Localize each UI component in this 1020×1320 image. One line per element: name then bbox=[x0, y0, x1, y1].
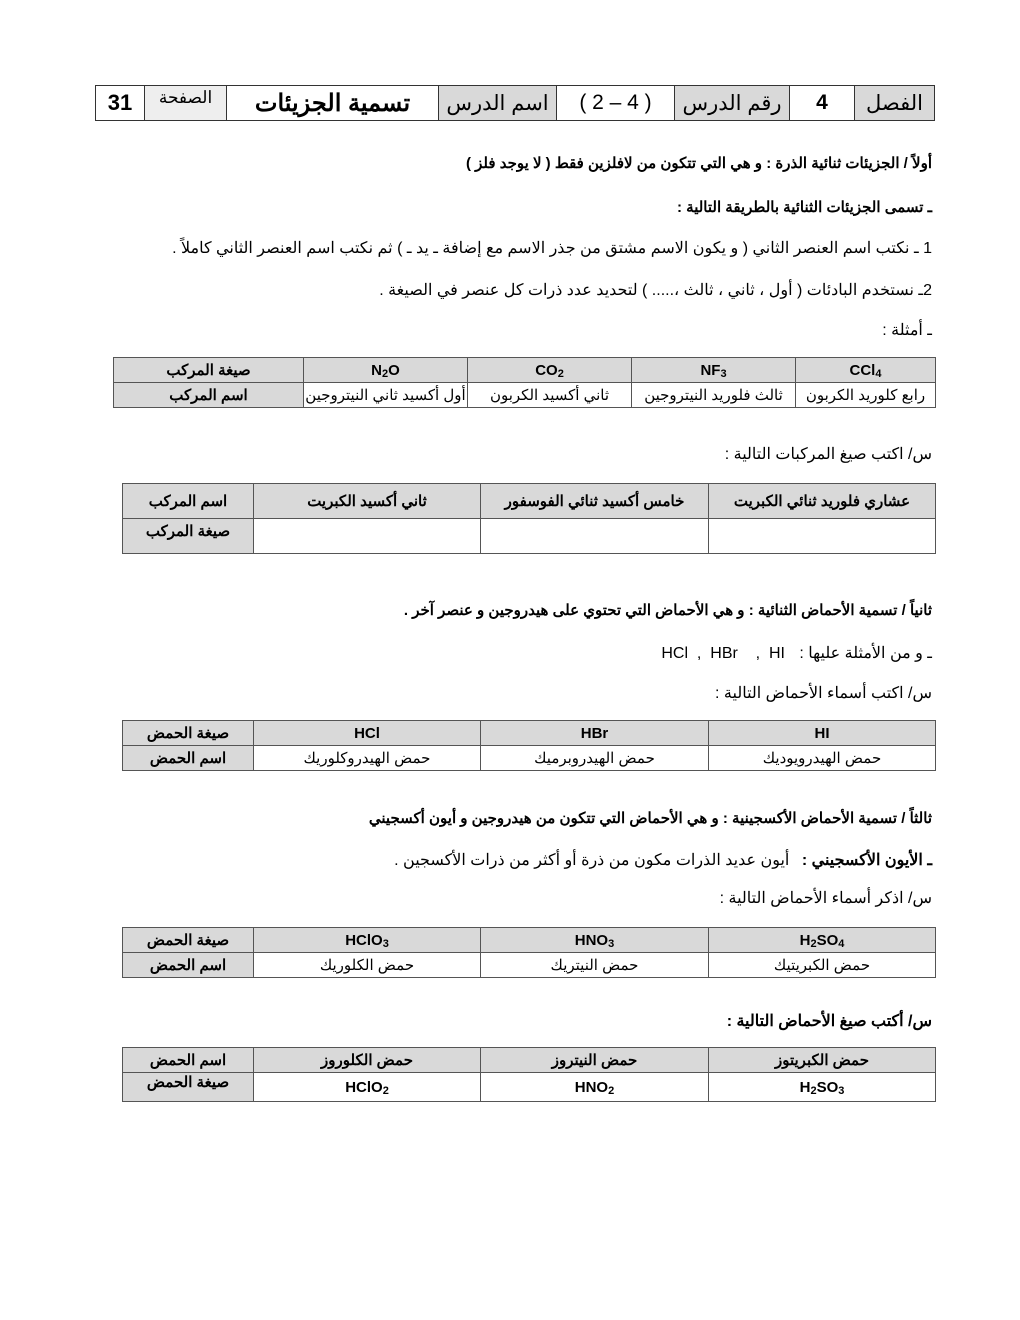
acid-name-cell: حمض الكلوروز bbox=[254, 1048, 481, 1073]
formula-answer-cell[interactable] bbox=[481, 519, 709, 554]
section3-title: ثالثاً / تسمية الأحماض الأكسجينية : و هي… bbox=[369, 809, 932, 827]
examples-table-binary-molecules: CCl4 NF3 CO2 N2O صيغة المركب رابع كلوريد… bbox=[113, 357, 936, 408]
acid-name-cell: حمض الهيدروكلوريك bbox=[254, 746, 481, 771]
formula-answer-cell[interactable] bbox=[254, 519, 481, 554]
acid-formula-cell: HBr bbox=[481, 721, 709, 746]
formula-answer-cell[interactable] bbox=[709, 519, 936, 554]
acid-name-cell: حمض الهيدرويوديك bbox=[709, 746, 936, 771]
name-cell: ثالث فلوريد النيتروجين bbox=[632, 383, 796, 408]
oxyion-label: ـ الأيون الأكسجيني : bbox=[802, 852, 932, 869]
table-row-formula: صيغة المركب bbox=[123, 519, 936, 554]
table-row-formula: CCl4 NF3 CO2 N2O صيغة المركب bbox=[114, 358, 936, 383]
acid-name-cell: حمض النيتروز bbox=[481, 1048, 709, 1073]
section3-question2: س/ أكتب صيغ الأحماض التالية : bbox=[727, 1011, 932, 1031]
compound-name-cell: عشاري فلوريد ثنائي الكبريت bbox=[709, 484, 936, 519]
lesson-name-value: تسمية الجزيئات bbox=[226, 86, 438, 120]
oxyacids-names-table: H2SO4 HNO3 HClO3 صيغة الحمض حمض الكبريتي… bbox=[122, 927, 936, 978]
table-row-formula: HI HBr HCl صيغة الحمض bbox=[123, 721, 936, 746]
page-number: 31 bbox=[96, 86, 144, 120]
acid-formula-cell: H2SO3 bbox=[709, 1073, 936, 1102]
formula-cell: NF3 bbox=[632, 358, 796, 383]
row-label-name: اسم الحمض bbox=[123, 746, 254, 771]
oxyacids-formulas-table: حمض الكبريتوز حمض النيتروز حمض الكلوروز … bbox=[122, 1047, 936, 1102]
acid-formula-cell: HCl bbox=[254, 721, 481, 746]
lesson-number-label: رقم الدرس bbox=[674, 86, 789, 120]
binary-acids-table: HI HBr HCl صيغة الحمض حمض الهيدرويوديك ح… bbox=[122, 720, 936, 771]
row-label-name: اسم الحمض bbox=[123, 1048, 254, 1073]
table-row-name: حمض الهيدرويوديك حمض الهيدروبرميك حمض ال… bbox=[123, 746, 936, 771]
row-label-name: اسم المركب bbox=[114, 383, 304, 408]
examples-intro: ـ و من الأمثلة عليها : bbox=[799, 645, 932, 662]
acid-name-cell: حمض الهيدروبرميك bbox=[481, 746, 709, 771]
acid-formula-cell: HNO2 bbox=[481, 1073, 709, 1102]
row-label-formula: صيغة المركب bbox=[114, 358, 304, 383]
name-cell: رابع كلوريد الكربون bbox=[796, 383, 936, 408]
chapter-label: الفصل bbox=[854, 86, 934, 120]
table-row-name: عشاري فلوريد ثنائي الكبريت خامس أكسيد ثن… bbox=[123, 484, 936, 519]
table-row-name: حمض الكبريتوز حمض النيتروز حمض الكلوروز … bbox=[123, 1048, 936, 1073]
acid-formula-cell: H2SO4 bbox=[709, 928, 936, 953]
row-label-formula: صيغة الحمض bbox=[123, 928, 254, 953]
row-label-name: اسم الحمض bbox=[123, 953, 254, 978]
lesson-number-value: ( 2 – 4 ) bbox=[556, 86, 674, 120]
table-row-name: رابع كلوريد الكربون ثالث فلوريد النيتروج… bbox=[114, 383, 936, 408]
section2-question: س/ اكتب أسماء الأحماض التالية : bbox=[715, 683, 932, 703]
row-label-formula: صيغة الحمض bbox=[123, 721, 254, 746]
acid-name-cell: حمض الكبريتيك bbox=[709, 953, 936, 978]
row-label-name: اسم المركب bbox=[123, 484, 254, 519]
lesson-header: الفصل 4 رقم الدرس ( 2 – 4 ) اسم الدرس تس… bbox=[95, 85, 935, 121]
section1-question: س/ اكتب صيغ المركبات التالية : bbox=[725, 444, 932, 464]
acid-name-cell: حمض الكبريتوز bbox=[709, 1048, 936, 1073]
formula-cell: CCl4 bbox=[796, 358, 936, 383]
table-row-formula: H2SO4 HNO3 HClO3 صيغة الحمض bbox=[123, 928, 936, 953]
row-label-formula: صيغة الحمض bbox=[123, 1073, 254, 1102]
section1-rule1: 1 ـ نكتب اسم العنصر الثاني ( و يكون الاس… bbox=[172, 238, 932, 258]
lesson-name-label: اسم الدرس bbox=[438, 86, 556, 120]
section2-title: ثانياً / تسمية الأحماض الثنائية : و هي ا… bbox=[404, 601, 932, 619]
table-row-formula: H2SO3 HNO2 HClO2 صيغة الحمض bbox=[123, 1073, 936, 1102]
name-cell: أول أكسيد ثاني النيتروجين bbox=[304, 383, 468, 408]
question-table-compound-formulas: عشاري فلوريد ثنائي الكبريت خامس أكسيد ثن… bbox=[122, 483, 936, 554]
acid-formula-cell: HClO2 bbox=[254, 1073, 481, 1102]
section1-title: أولاً / الجزيئات ثنائية الذرة : و هي الت… bbox=[466, 154, 932, 172]
page-label: الصفحة bbox=[144, 86, 226, 120]
section1-examples-label: ـ أمثلة : bbox=[882, 320, 932, 340]
examples-formulas: HCl , HBr , HI bbox=[661, 645, 785, 662]
name-cell: ثاني أكسيد الكربون bbox=[468, 383, 632, 408]
section2-examples-line: ـ و من الأمثلة عليها : HCl , HBr , HI bbox=[661, 643, 932, 663]
section1-rule2: 2ـ نستخدم البادئات ( أول ، ثاني ، ثالث ،… bbox=[379, 280, 932, 300]
acid-formula-cell: HI bbox=[709, 721, 936, 746]
acid-name-cell: حمض الكلوريك bbox=[254, 953, 481, 978]
chapter-value: 4 bbox=[789, 86, 854, 120]
acid-name-cell: حمض النيتريك bbox=[481, 953, 709, 978]
compound-name-cell: خامس أكسيد ثنائي الفوسفور bbox=[481, 484, 709, 519]
table-row-name: حمض الكبريتيك حمض النيتريك حمض الكلوريك … bbox=[123, 953, 936, 978]
compound-name-cell: ثاني أكسيد الكبريت bbox=[254, 484, 481, 519]
oxyion-definition: أيون عديد الذرات مكون من ذرة أو أكثر من … bbox=[394, 852, 789, 869]
acid-formula-cell: HNO3 bbox=[481, 928, 709, 953]
formula-cell: CO2 bbox=[468, 358, 632, 383]
row-label-formula: صيغة المركب bbox=[123, 519, 254, 554]
section3-question1: س/ اذكر أسماء الأحماض التالية : bbox=[720, 888, 932, 908]
formula-cell: N2O bbox=[304, 358, 468, 383]
acid-formula-cell: HClO3 bbox=[254, 928, 481, 953]
section1-method-heading: ـ تسمى الجزيئات الثنائية بالطريقة التالي… bbox=[677, 198, 932, 216]
section3-oxyion-line: ـ الأيون الأكسجيني : أيون عديد الذرات مك… bbox=[394, 850, 932, 870]
